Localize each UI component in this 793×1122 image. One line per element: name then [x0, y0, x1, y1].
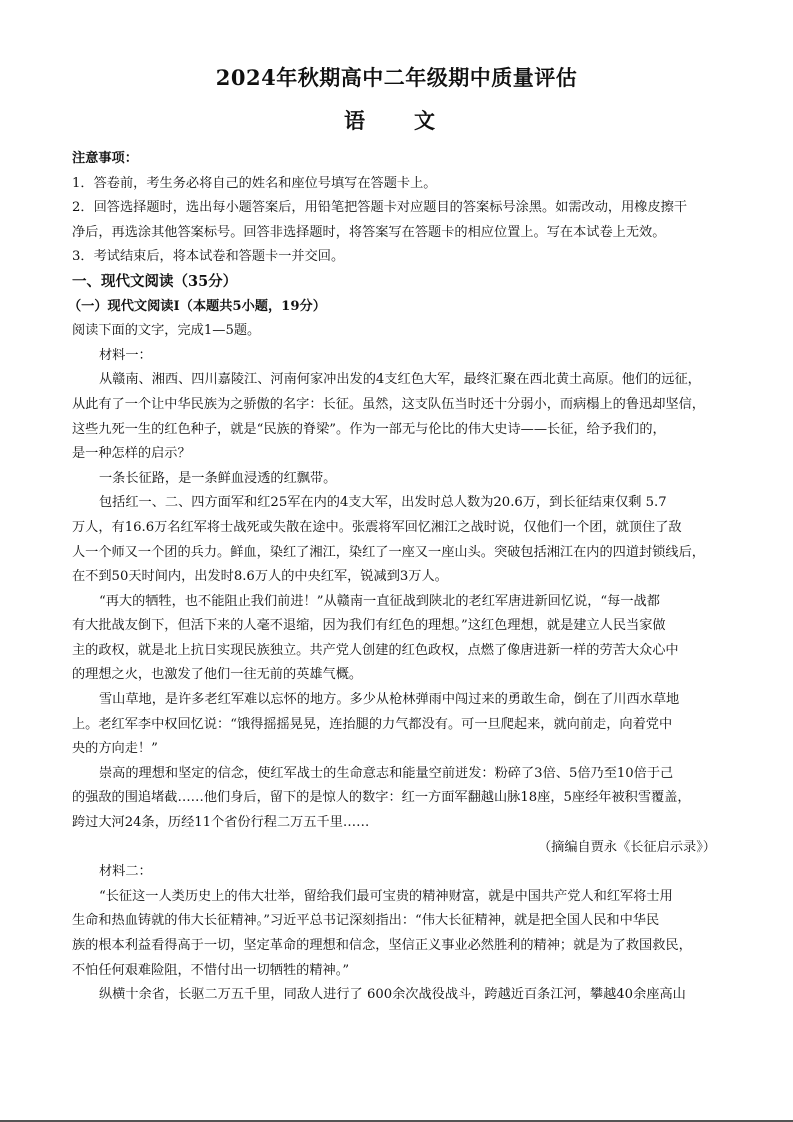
- text-line: 族的根本利益看得高于一切，坚定革命的理想和信念，坚信正义事业必然胜利的精神；就是…: [72, 934, 732, 959]
- text-line: 有大批战友倒下，但活下来的人毫不退缩，因为我们有红色的理想。”这红色理想，就是建…: [72, 614, 732, 639]
- exam-page: 2024年秋期高中二年级期中质量评估 语 文 注意事项： 1．答卷前，考生务必将…: [0, 0, 793, 1122]
- text-line: 是一种怎样的启示？: [72, 442, 732, 467]
- material1-paragraph: 一条长征路，是一条鲜血浸透的红飘带。: [72, 467, 732, 492]
- notice-item: 2．回答选择题时，选出每小题答案后，用铅笔把答题卡对应题目的答案标号涂黑。如需改…: [72, 196, 732, 221]
- reading-instruction: 阅读下面的文字，完成1—5题。: [72, 319, 732, 344]
- material1-paragraph: 包括红一、二、四方面军和红25军在内的4支大军，出发时总人数为20.6万，到长征…: [72, 491, 732, 589]
- exam-title: 2024年秋期高中二年级期中质量评估: [0, 62, 793, 92]
- material1-paragraph: “再大的牺牲，也不能阻止我们前进！”从赣南一直征战到陕北的老红军唐进新回忆说，“…: [72, 590, 732, 688]
- text-line: 一条长征路，是一条鲜血浸透的红飘带。: [72, 467, 732, 492]
- text-line: “再大的牺牲，也不能阻止我们前进！”从赣南一直征战到陕北的老红军唐进新回忆说，“…: [72, 590, 732, 615]
- text-line: 不怕任何艰难险阻，不惜付出一切牺牲的精神。”: [72, 959, 732, 984]
- text-line: 生命和热血铸就的伟大长征精神。”习近平总书记深刻指出：“伟大长征精神，就是把全国…: [72, 909, 732, 934]
- text-line: 万人，有16.6万名红军将士战死或失散在途中。张震将军回忆湘江之战时说，仅他们一…: [72, 516, 732, 541]
- notice-item: 3．考试结束后，将本试卷和答题卡一并交回。: [72, 245, 732, 270]
- material1-paragraph: 从赣南、湘西、四川嘉陵江、河南何家冲出发的4支红色大军，最终汇聚在西北黄土高原。…: [72, 368, 732, 466]
- text-line: 跨过大河24条，历经11个省份行程二万五千里……: [72, 811, 732, 836]
- text-line: 从赣南、湘西、四川嘉陵江、河南何家冲出发的4支红色大军，最终汇聚在西北黄土高原。…: [72, 368, 732, 393]
- text-line: 雪山草地，是许多老红军难以忘怀的地方。多少从枪林弹雨中闯过来的勇敢生命，倒在了川…: [72, 688, 732, 713]
- text-line: 人一个师又一个团的兵力。鲜血，染红了湘江，染红了一座又一座山头。突破包括湘江在内…: [72, 541, 732, 566]
- subsection-heading: （一）现代文阅读Ⅰ（本题共5小题，19分）: [68, 295, 732, 320]
- notice-heading: 注意事项：: [72, 147, 732, 172]
- text-line: 包括红一、二、四方面军和红25军在内的4支大军，出发时总人数为20.6万，到长征…: [72, 491, 732, 516]
- material2-paragraph: “长征这一人类历史上的伟大壮举，留给我们最可宝贵的精神财富，就是中国共产党人和红…: [72, 885, 732, 983]
- text-line: 崇高的理想和坚定的信念，使红军战士的生命意志和能量空前迸发：粉碎了3倍、5倍乃至…: [72, 762, 732, 787]
- material-label: 材料一：: [72, 344, 732, 369]
- text-line: 央的方向走！”: [72, 737, 732, 762]
- exam-content: 注意事项： 1．答卷前，考生务必将自己的姓名和座位号填写在答题卡上。 2．回答选…: [72, 147, 732, 1008]
- material2-paragraph: 纵横十余省，长驱二万五千里，同敌人进行了 600余次战役战斗，跨越近百条江河，攀…: [72, 983, 732, 1008]
- text-line: 在不到50天时间内，出发时8.6万人的中央红军，锐减到3万人。: [72, 565, 732, 590]
- material1-paragraph: 崇高的理想和坚定的信念，使红军战士的生命意志和能量空前迸发：粉碎了3倍、5倍乃至…: [72, 762, 732, 836]
- text-line: 这些九死一生的红色种子，就是“民族的脊梁”。作为一部无与伦比的伟大史诗——长征，…: [72, 418, 732, 443]
- text-line: 的理想之火，也激发了他们一往无前的英雄气概。: [72, 663, 732, 688]
- source-citation: （摘编自贾永《长征启示录》）: [72, 836, 732, 861]
- text-line: “长征这一人类历史上的伟大壮举，留给我们最可宝贵的精神财富，就是中国共产党人和红…: [72, 885, 732, 910]
- text-line: 上。老红军李中权回忆说：“饿得摇摇晃晃，连抬腿的力气都没有。可一旦爬起来，就向前…: [72, 713, 732, 738]
- text-line: 的强敌的围追堵截……他们身后，留下的是惊人的数字：红一方面军翻越山脉18座，5座…: [72, 786, 732, 811]
- material-label: 材料二：: [72, 860, 732, 885]
- subject-title: 语 文: [0, 105, 793, 135]
- material1-paragraph: 雪山草地，是许多老红军难以忘怀的地方。多少从枪林弹雨中闯过来的勇敢生命，倒在了川…: [72, 688, 732, 762]
- notice-item: 1．答卷前，考生务必将自己的姓名和座位号填写在答题卡上。: [72, 172, 732, 197]
- text-line: 从此有了一个让中华民族为之骄傲的名字：长征。虽然，这支队伍当时还十分弱小，而病榻…: [72, 393, 732, 418]
- notice-item: 净后，再选涂其他答案标号。回答非选择题时，将答案写在答题卡的相应位置上。写在本试…: [72, 221, 732, 246]
- text-line: 主的政权，就是北上抗日实现民族独立。共产党人创建的红色政权，点燃了像唐进新一样的…: [72, 639, 732, 664]
- section-heading: 一、现代文阅读（35分）: [72, 270, 732, 295]
- text-line: 纵横十余省，长驱二万五千里，同敌人进行了 600余次战役战斗，跨越近百条江河，攀…: [72, 983, 732, 1008]
